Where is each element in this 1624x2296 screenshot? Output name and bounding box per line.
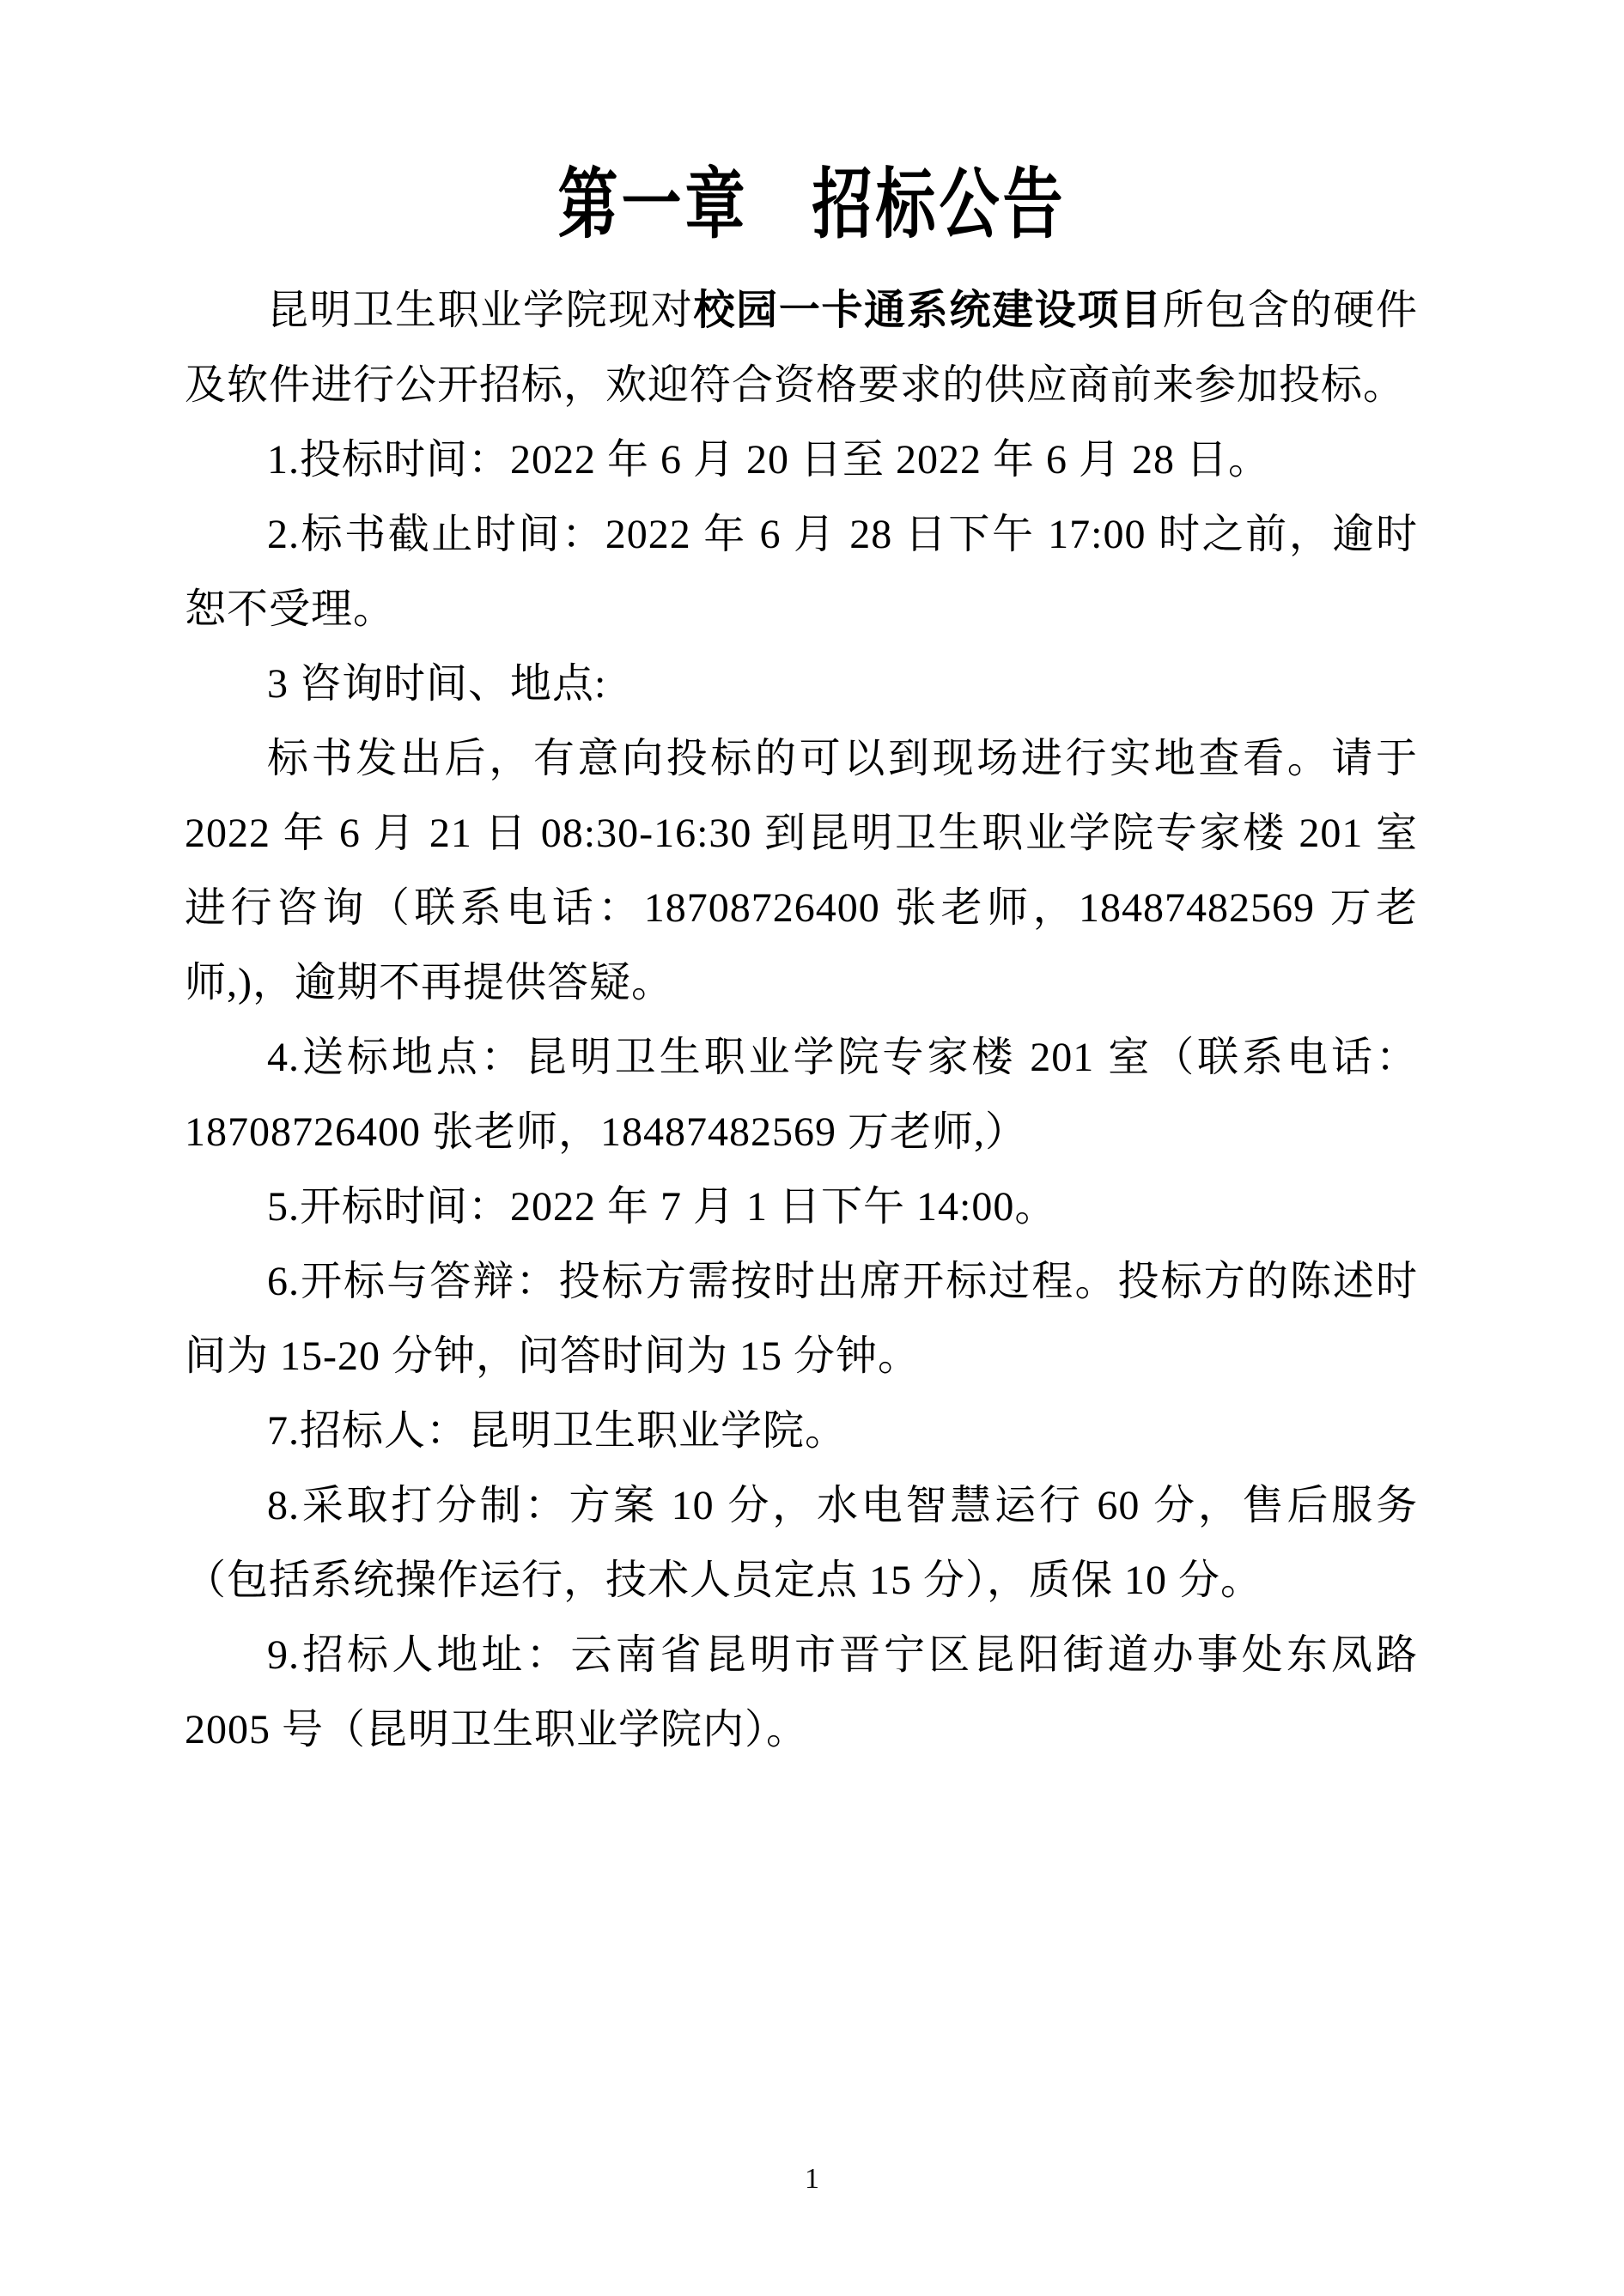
text-run: 3 咨询时间、地点: [267,661,606,707]
paragraph: 7.招标人：昆明卫生职业学院。 [185,1394,1418,1468]
paragraph: 2.标书截止时间：2022 年 6 月 28 日下午 17:00 时之前，逾时恕… [185,497,1418,647]
chapter-title-text: 第一章 招标公告 [558,147,1067,268]
paragraph: 标书发出后，有意向投标的可以到现场进行实地查看。请于 2022 年 6 月 21… [185,721,1418,1020]
paragraph: 4.送标地点：昆明卫生职业学院专家楼 201 室（联系电话：1870872640… [185,1020,1418,1169]
paragraph: 9.招标人地址：云南省昆明市晋宁区昆阳街道办事处东凤路 2005 号（昆明卫生职… [185,1618,1418,1767]
document-body: 昆明卫生职业学院现对校园一卡通系统建设项目所包含的硬件及软件进行公开招标，欢迎符… [185,273,1418,1767]
text-run: 1.投标时间：2022 年 6 月 20 日至 2022 年 6 月 28 日。 [267,437,1270,483]
paragraph: 1.投标时间：2022 年 6 月 20 日至 2022 年 6 月 28 日。 [185,422,1418,497]
text-run: 昆明卫生职业学院现对 [267,288,694,333]
text-run: 5.开标时间：2022 年 7 月 1 日下午 14:00。 [267,1184,1056,1230]
text-run: 8.采取打分制：方案 10 分，水电智慧运行 60 分，售后服务（包括系统操作运… [185,1483,1418,1603]
paragraph: 昆明卫生职业学院现对校园一卡通系统建设项目所包含的硬件及软件进行公开招标，欢迎符… [185,273,1418,422]
paragraph: 8.采取打分制：方案 10 分，水电智慧运行 60 分，售后服务（包括系统操作运… [185,1468,1418,1618]
document-page: 第一章 招标公告 昆明卫生职业学院现对校园一卡通系统建设项目所包含的硬件及软件进… [0,0,1624,2296]
paragraph: 5.开标时间：2022 年 7 月 1 日下午 14:00。 [185,1169,1418,1244]
paragraph: 6.开标与答辩：投标方需按时出席开标过程。投标方的陈述时间为 15-20 分钟，… [185,1244,1418,1394]
text-run: 标书发出后，有意向投标的可以到现场进行实地查看。请于 2022 年 6 月 21… [185,736,1418,1005]
paragraph: 3 咨询时间、地点: [185,647,1418,721]
text-run: 9.招标人地址：云南省昆明市晋宁区昆阳街道办事处东凤路 2005 号（昆明卫生职… [185,1632,1418,1752]
text-run: 4.送标地点：昆明卫生职业学院专家楼 201 室（联系电话：1870872640… [185,1035,1418,1155]
bold-text-run: 校园一卡通系统建设项目 [694,288,1163,333]
chapter-title: 第一章 招标公告 [0,160,1624,254]
page-number: 1 [0,2162,1624,2196]
text-run: 2.标书截止时间：2022 年 6 月 28 日下午 17:00 时之前，逾时恕… [185,512,1418,632]
text-run: 7.招标人：昆明卫生职业学院。 [267,1408,847,1454]
text-run: 6.开标与答辩：投标方需按时出席开标过程。投标方的陈述时间为 15-20 分钟，… [185,1259,1418,1379]
